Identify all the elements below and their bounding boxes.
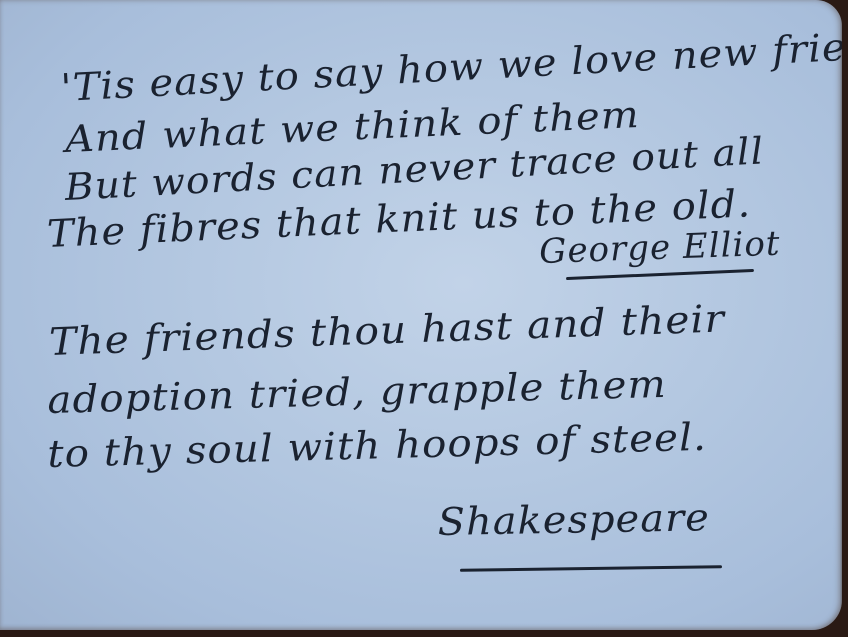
eliot-signature-underline [566,269,754,280]
shakespeare-quote-line-2: adoption tried, grapple them [47,362,667,422]
eliot-signature: George Elliot [539,224,782,272]
album-page: 'Tis easy to say how we love new friends… [0,0,842,630]
eliot-quote-line-1: 'Tis easy to say how we love new friends [60,21,842,110]
shakespeare-quote-line-3: to thy soul with hoops of steel. [47,415,708,476]
shakespeare-signature-underline [460,565,722,572]
shakespeare-signature: Shakespeare [437,495,710,544]
shakespeare-quote-line-1: The friends thou hast and their [48,296,725,364]
album-binding-edge [840,0,848,637]
